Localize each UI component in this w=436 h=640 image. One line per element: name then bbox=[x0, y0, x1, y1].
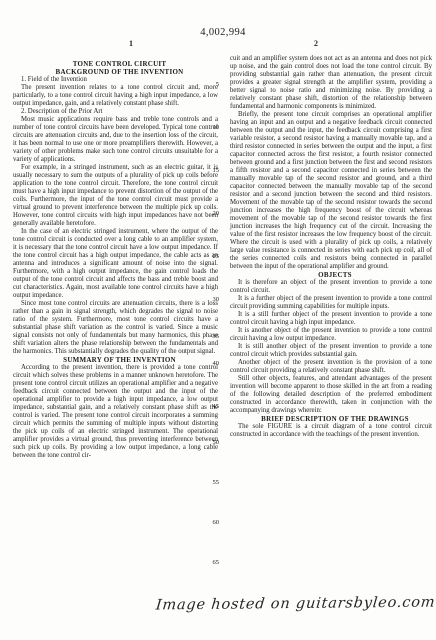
object-paragraph: It is another object of the present inve… bbox=[230, 327, 432, 343]
gutter-line-number: 45 bbox=[213, 403, 220, 410]
gutter-line-number: 30 bbox=[213, 296, 220, 303]
gutter-line-numbers: 5 10 15 20 25 30 35 40 45 50 55 60 65 bbox=[203, 0, 221, 640]
right-column: cuit and an amplifier system does not ac… bbox=[230, 55, 432, 439]
left-column: TONE CONTROL CIRCUIT BACKGROUND OF THE I… bbox=[13, 60, 218, 460]
object-paragraph: Another object of the present invention … bbox=[230, 359, 432, 375]
objects-heading: OBJECTS bbox=[230, 271, 432, 279]
object-paragraph: It is a still further object of the pres… bbox=[230, 311, 432, 327]
drawings-heading: BRIEF DESCRIPTION OF THE DRAWINGS bbox=[230, 415, 432, 423]
prior-art-paragraph: Since most tone control circuits are att… bbox=[13, 300, 218, 356]
prior-art-subheading: 2. Description of the Prior Art bbox=[13, 108, 218, 116]
gutter-line-number: 55 bbox=[213, 479, 220, 486]
gutter-line-number: 65 bbox=[213, 559, 220, 566]
object-paragraph: It is still another object of the presen… bbox=[230, 343, 432, 359]
field-subheading: 1. Field of the Invention bbox=[13, 76, 218, 84]
gutter-line-number: 15 bbox=[213, 167, 220, 174]
briefly-paragraph: Briefly, the present tone circuit compri… bbox=[230, 111, 432, 271]
watermark-text: Image hosted on guitarsbyleo.com bbox=[155, 595, 436, 614]
background-heading: BACKGROUND OF THE INVENTION bbox=[13, 68, 218, 76]
gutter-line-number: 50 bbox=[213, 439, 220, 446]
field-paragraph: The present invention relates to a tone … bbox=[13, 84, 218, 108]
prior-art-paragraph: Most music applications require bass and… bbox=[13, 116, 218, 164]
object-paragraph: Still other objects, features, and atten… bbox=[230, 375, 432, 415]
gutter-line-number: 20 bbox=[213, 210, 220, 217]
invention-title: TONE CONTROL CIRCUIT bbox=[13, 60, 218, 68]
summary-heading: SUMMARY OF THE INVENTION bbox=[13, 356, 218, 364]
gutter-line-number: 60 bbox=[213, 519, 220, 526]
prior-art-paragraph: In the case of an electric stringed inst… bbox=[13, 228, 218, 300]
continuation-paragraph: cuit and an amplifier system does not ac… bbox=[230, 55, 432, 111]
object-paragraph: It is a further object of the present in… bbox=[230, 295, 432, 311]
drawings-paragraph: The sole FIGURE is a circuit diagram of … bbox=[230, 423, 432, 439]
prior-art-paragraph: For example, in a stringed instrument, s… bbox=[13, 164, 218, 228]
gutter-line-number: 5 bbox=[216, 81, 219, 88]
patent-page: 4,002,994 1 2 TONE CONTROL CIRCUIT BACKG… bbox=[0, 0, 436, 640]
column-page-number-1: 1 bbox=[129, 39, 133, 48]
gutter-line-number: 25 bbox=[213, 253, 220, 260]
gutter-line-number: 10 bbox=[213, 124, 220, 131]
gutter-line-number: 35 bbox=[213, 333, 220, 340]
summary-paragraph: According to the present invention, ther… bbox=[13, 364, 218, 460]
column-page-number-2: 2 bbox=[314, 39, 318, 48]
gutter-line-number: 40 bbox=[213, 360, 220, 367]
object-paragraph: It is therefore an object of the present… bbox=[230, 279, 432, 295]
